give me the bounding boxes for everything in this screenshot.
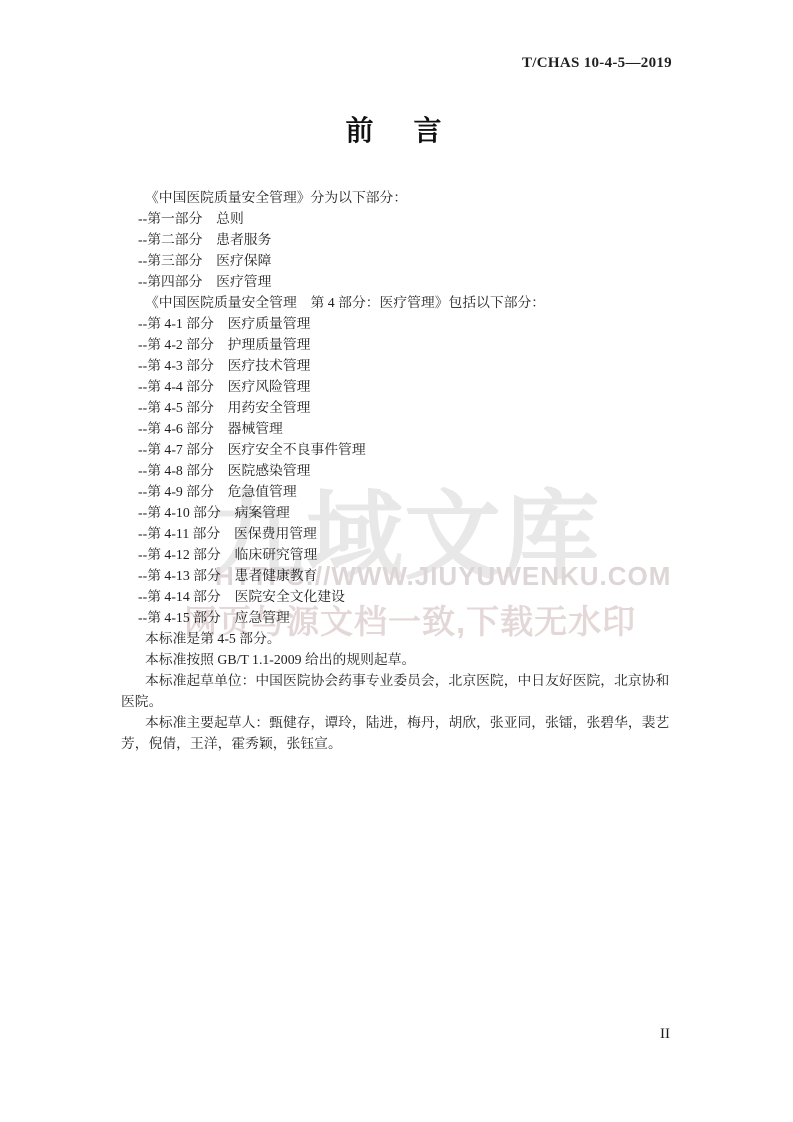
body-line: --第 4-8 部分 医院感染管理 <box>121 460 681 481</box>
body-line: 医院。 <box>121 691 681 712</box>
body-line: --第 4-7 部分 医疗安全不良事件管理 <box>121 439 681 460</box>
body-line: --第 4-12 部分 临床研究管理 <box>121 544 681 565</box>
body-line: 《中国医院质量安全管理 第 4 部分：医疗管理》包括以下部分： <box>121 292 681 313</box>
body-line: --第 4-14 部分 医院安全文化建设 <box>121 586 681 607</box>
page-title: 前 言 <box>0 109 793 149</box>
body-line: --第 4-13 部分 患者健康教育 <box>121 565 681 586</box>
body-line: --第 4-6 部分 器械管理 <box>121 418 681 439</box>
body-line: --第一部分 总则 <box>121 208 681 229</box>
body-line: 本标准按照 GB/T 1.1-2009 给出的规则起草。 <box>121 649 681 670</box>
body-line: --第 4-5 部分 用药安全管理 <box>121 397 681 418</box>
body-text: 《中国医院质量安全管理》分为以下部分：--第一部分 总则--第二部分 患者服务-… <box>121 187 681 754</box>
body-line: 芳，倪倩，王洋，霍秀颖，张钰宣。 <box>121 733 681 754</box>
body-line: --第 4-9 部分 危急值管理 <box>121 481 681 502</box>
body-line: --第四部分 医疗管理 <box>121 271 681 292</box>
body-line: --第 4-4 部分 医疗风险管理 <box>121 376 681 397</box>
body-line: --第 4-10 部分 病案管理 <box>121 502 681 523</box>
body-line: --第 4-15 部分 应急管理 <box>121 607 681 628</box>
document-page: 九域文库 HTTPS://WWW.JIUYUWENKU.COM 网页与源文档一致… <box>0 0 793 1122</box>
body-line: --第 4-2 部分 护理质量管理 <box>121 334 681 355</box>
page-number: II <box>660 1026 670 1043</box>
body-line: 本标准主要起草人：甄健存，谭玲，陆进，梅丹，胡欣，张亚同，张镭，张碧华，裴艺 <box>121 712 681 733</box>
doc-code: T/CHAS 10-4-5—2019 <box>522 55 672 72</box>
body-line: 本标准是第 4-5 部分。 <box>121 628 681 649</box>
body-line: --第三部分 医疗保障 <box>121 250 681 271</box>
body-line: --第 4-3 部分 医疗技术管理 <box>121 355 681 376</box>
body-line: 《中国医院质量安全管理》分为以下部分： <box>121 187 681 208</box>
body-line: --第 4-1 部分 医疗质量管理 <box>121 313 681 334</box>
body-line: 本标准起草单位：中国医院协会药事专业委员会，北京医院，中日友好医院，北京协和 <box>121 670 681 691</box>
body-line: --第 4-11 部分 医保费用管理 <box>121 523 681 544</box>
body-line: --第二部分 患者服务 <box>121 229 681 250</box>
